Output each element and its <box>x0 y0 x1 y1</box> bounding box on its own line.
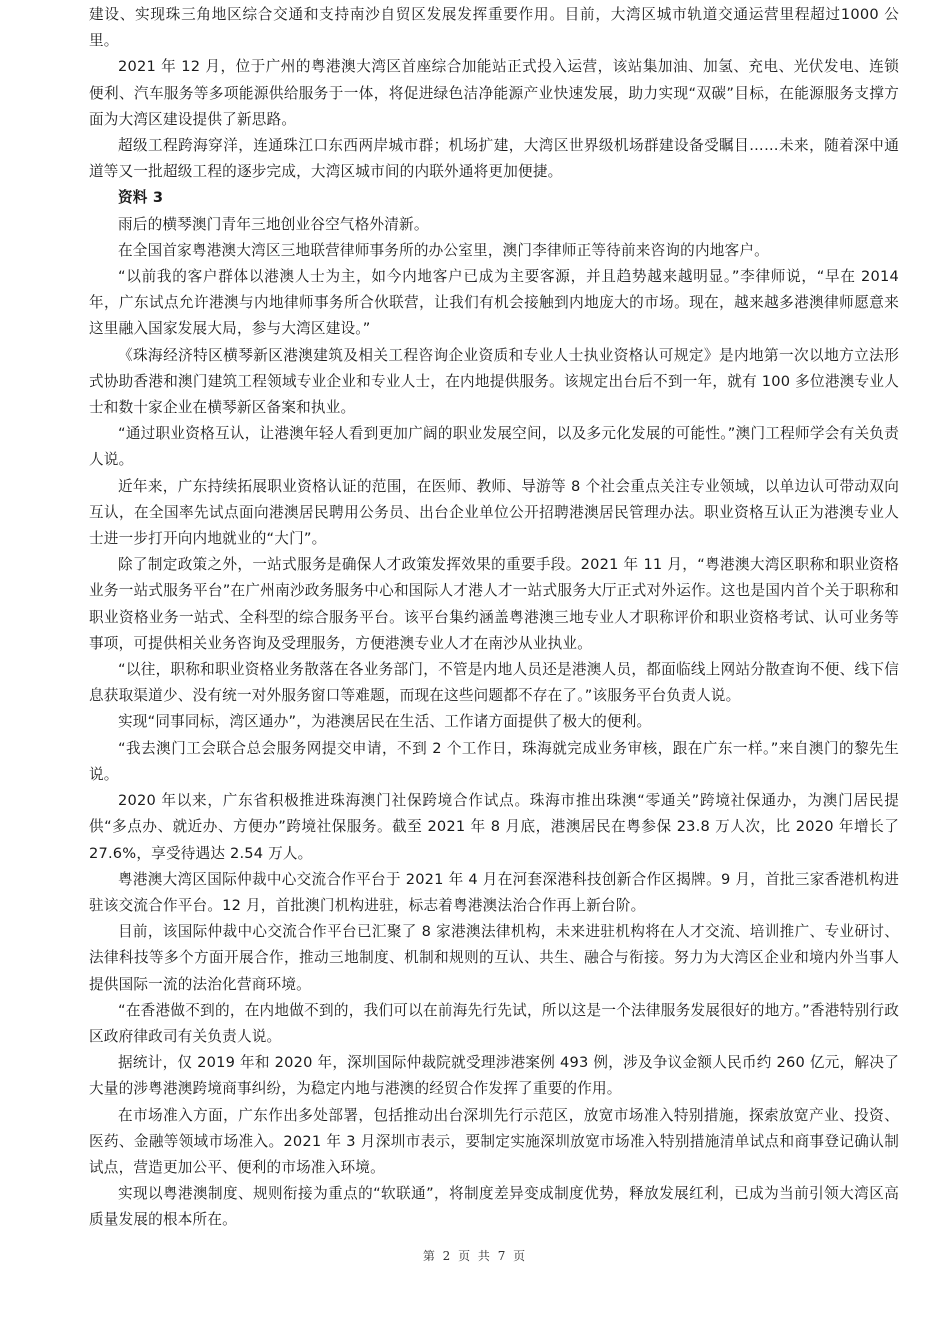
section-heading: 资料 3 <box>89 185 899 211</box>
paragraph-continuation: 建设、实现珠三角地区综合交通和支持南沙自贸区发展发挥重要作用。目前，大湾区城市轨… <box>89 2 899 54</box>
paragraph: 除了制定政策之外，一站式服务是确保人才政策发挥效果的重要手段。2021 年 11… <box>89 552 899 657</box>
paragraph: 粤港澳大湾区国际仲裁中心交流合作平台于 2021 年 4 月在河套深港科技创新合… <box>89 867 899 919</box>
paragraph: “通过职业资格互认，让港澳年轻人看到更加广阔的职业发展空间，以及多元化发展的可能… <box>89 421 899 473</box>
paragraph: 近年来，广东持续拓展职业资格认证的范围，在医师、教师、导游等 8 个社会重点关注… <box>89 474 899 553</box>
paragraph: 据统计，仅 2019 年和 2020 年，深圳国际仲裁院就受理涉港案例 493 … <box>89 1050 899 1102</box>
paragraph: “以往，职称和职业资格业务散落在各业务部门，不管是内地人员还是港澳人员，都面临线… <box>89 657 899 709</box>
paragraph: 2021 年 12 月，位于广州的粤港澳大湾区首座综合加能站正式投入运营，该站集… <box>89 54 899 133</box>
paragraph: 在市场准入方面，广东作出多处部署，包括推动出台深圳先行示范区，放宽市场准入特别措… <box>89 1103 899 1182</box>
paragraph: 在全国首家粤港澳大湾区三地联营律师事务所的办公室里，澳门李律师正等待前来咨询的内… <box>89 238 899 264</box>
paragraph: 实现以粤港澳制度、规则衔接为重点的“软联通”，将制度差异变成制度优势，释放发展红… <box>89 1181 899 1233</box>
page-number-footer: 第 2 页 共 7 页 <box>0 1247 950 1264</box>
paragraph: 超级工程跨海穿洋，连通珠江口东西两岸城市群；机场扩建，大湾区世界级机场群建设备受… <box>89 133 899 185</box>
paragraph: 《珠海经济特区横琴新区港澳建筑及相关工程咨询企业资质和专业人士执业资格认可规定》… <box>89 343 899 422</box>
paragraph: “以前我的客户群体以港澳人士为主，如今内地客户已成为主要客源，并且趋势越来越明显… <box>89 264 899 343</box>
paragraph: “我去澳门工会联合总会服务网提交申请，不到 2 个工作日，珠海就完成业务审核，跟… <box>89 736 899 788</box>
paragraph: 目前，该国际仲裁中心交流合作平台已汇聚了 8 家港澳法律机构，未来进驻机构将在人… <box>89 919 899 998</box>
document-page: 建设、实现珠三角地区综合交通和支持南沙自贸区发展发挥重要作用。目前，大湾区城市轨… <box>89 2 899 1234</box>
paragraph: 实现“同事同标，湾区通办”，为港澳居民在生活、工作诸方面提供了极大的便利。 <box>89 709 899 735</box>
paragraph: 2020 年以来，广东省积极推进珠海澳门社保跨境合作试点。珠海市推出珠澳“零通关… <box>89 788 899 867</box>
paragraph: 雨后的横琴澳门青年三地创业谷空气格外清新。 <box>89 212 899 238</box>
paragraph: “在香港做不到的，在内地做不到的，我们可以在前海先行先试，所以这是一个法律服务发… <box>89 998 899 1050</box>
